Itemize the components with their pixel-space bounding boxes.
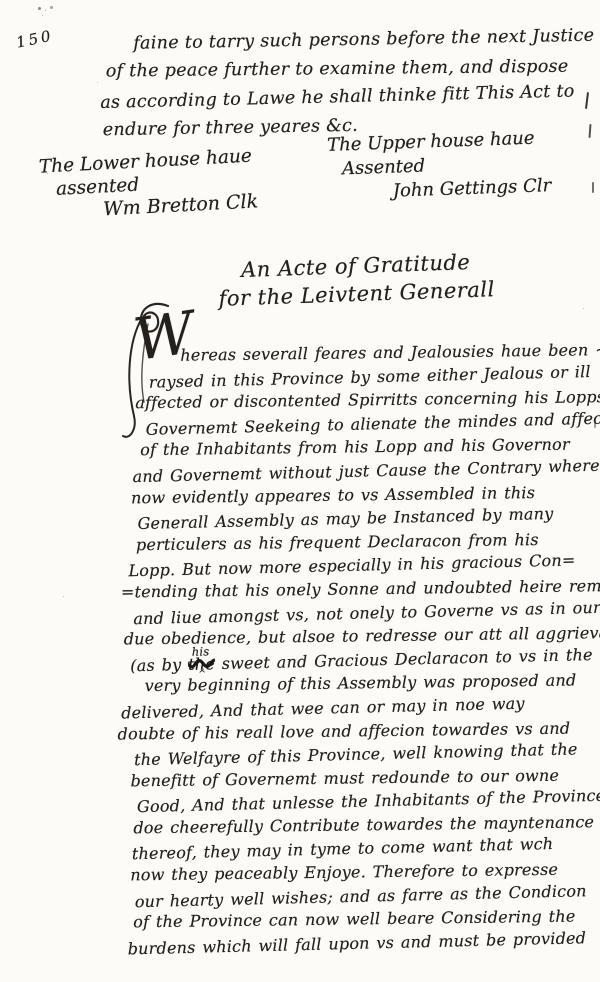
act-heading: An Acte of Gratitude for the Leivtent Ge…: [217, 247, 495, 313]
manuscript-page: 150 faine to tarry such persons before t…: [0, 0, 600, 982]
body-paragraph: hereas severall feares and Jealousies ha…: [122, 336, 600, 959]
lower-house-assent: The Lower house haue assented Wm Bretton…: [38, 144, 258, 224]
line-text: (as by: [130, 655, 188, 675]
binding-edge-ink-mark: [592, 182, 594, 193]
top-paragraph: faine to tarry such persons before the n…: [99, 22, 596, 145]
page-number: 150: [15, 26, 56, 51]
paper-speckle: [38, 7, 41, 10]
interlinear-insertion: his: [192, 640, 210, 664]
upper-house-assent: The Upper house haue Assented John Getti…: [327, 126, 552, 206]
binding-edge-ink-mark: [594, 420, 596, 428]
